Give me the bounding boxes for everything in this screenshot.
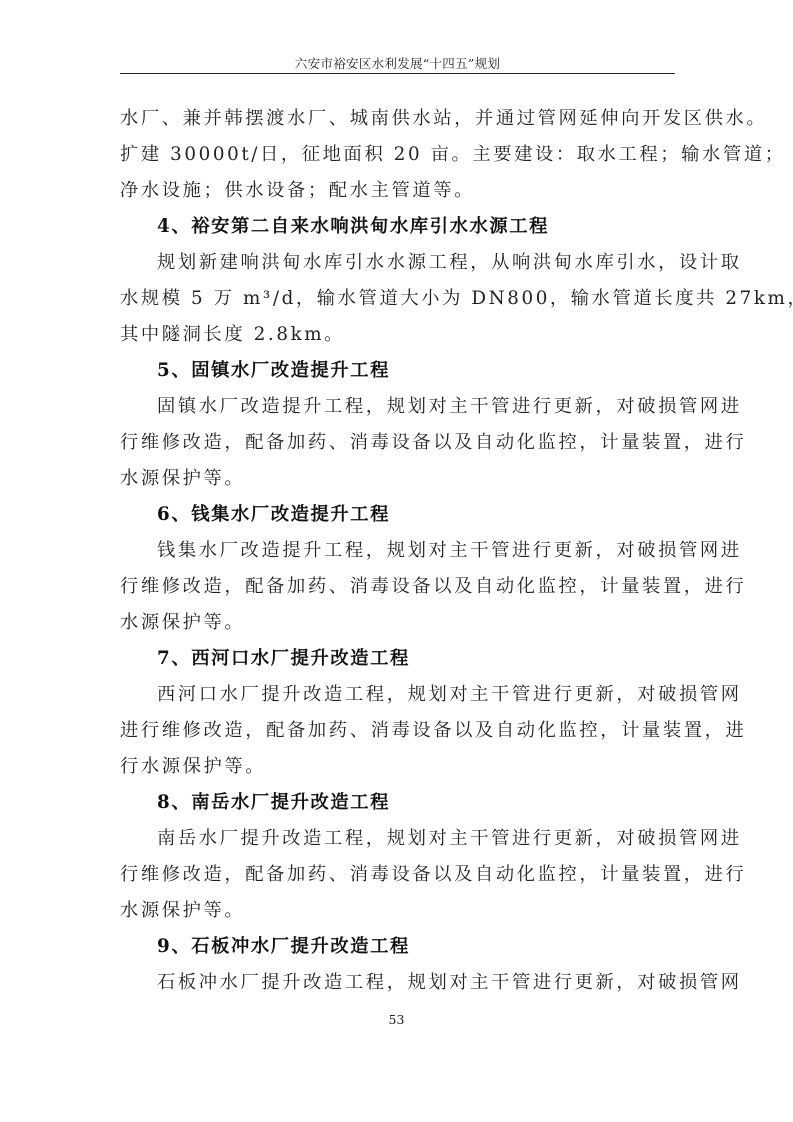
paragraph-line: 行维修改造，配备加药、消毒设备以及自动化监控，计量装置，进行	[120, 569, 676, 605]
paragraph-line: 净水设施；供水设备；配水主管道等。	[120, 173, 676, 209]
section-heading-8: 8、南岳水厂提升改造工程	[120, 785, 676, 821]
paragraph-line: 水源保护等。	[120, 893, 676, 929]
document-page: 六安市裕安区水利发展“十四五”规划 水厂、兼并韩摆渡水厂、城南供水站，并通过管网…	[0, 0, 793, 1122]
paragraph-line: 水厂、兼并韩摆渡水厂、城南供水站，并通过管网延伸向开发区供水。	[120, 101, 676, 137]
paragraph-line: 西河口水厂提升改造工程，规划对主干管进行更新，对破损管网	[120, 677, 676, 713]
paragraph-line: 固镇水厂改造提升工程，规划对主干管进行更新，对破损管网进	[120, 389, 676, 425]
paragraph-line: 石板冲水厂提升改造工程，规划对主干管进行更新，对破损管网	[120, 965, 676, 1001]
paragraph-line: 行维修改造，配备加药、消毒设备以及自动化监控，计量装置，进行	[120, 425, 676, 461]
paragraph-line: 水源保护等。	[120, 605, 676, 641]
page-number: 53	[0, 1012, 793, 1027]
paragraph-line: 水规模 5 万 m³/d，输水管道大小为 DN800，输水管道长度共 27km，	[120, 281, 676, 317]
paragraph-line: 行水源保护等。	[120, 749, 676, 785]
page-body: 水厂、兼并韩摆渡水厂、城南供水站，并通过管网延伸向开发区供水。 扩建 30000…	[120, 101, 676, 1001]
paragraph-line: 南岳水厂提升改造工程，规划对主干管进行更新，对破损管网进	[120, 821, 676, 857]
running-header-title: 六安市裕安区水利发展“十四五”规划	[120, 54, 675, 72]
paragraph-line: 行维修改造，配备加药、消毒设备以及自动化监控，计量装置，进行	[120, 857, 676, 893]
header-divider	[120, 73, 675, 74]
paragraph-line: 钱集水厂改造提升工程，规划对主干管进行更新，对破损管网进	[120, 533, 676, 569]
paragraph-line: 进行维修改造，配备加药、消毒设备以及自动化监控，计量装置，进	[120, 713, 676, 749]
section-heading-4: 4、裕安第二自来水响洪甸水库引水水源工程	[120, 209, 676, 245]
section-heading-6: 6、钱集水厂改造提升工程	[120, 497, 676, 533]
section-heading-5: 5、固镇水厂改造提升工程	[120, 353, 676, 389]
paragraph-line: 扩建 30000t/日，征地面积 20 亩。主要建设：取水工程；输水管道；	[120, 137, 676, 173]
section-heading-7: 7、西河口水厂提升改造工程	[120, 641, 676, 677]
paragraph-line: 规划新建响洪甸水库引水水源工程，从响洪甸水库引水，设计取	[120, 245, 676, 281]
paragraph-line: 水源保护等。	[120, 461, 676, 497]
section-heading-9: 9、石板冲水厂提升改造工程	[120, 929, 676, 965]
paragraph-line: 其中隧洞长度 2.8km。	[120, 317, 676, 353]
